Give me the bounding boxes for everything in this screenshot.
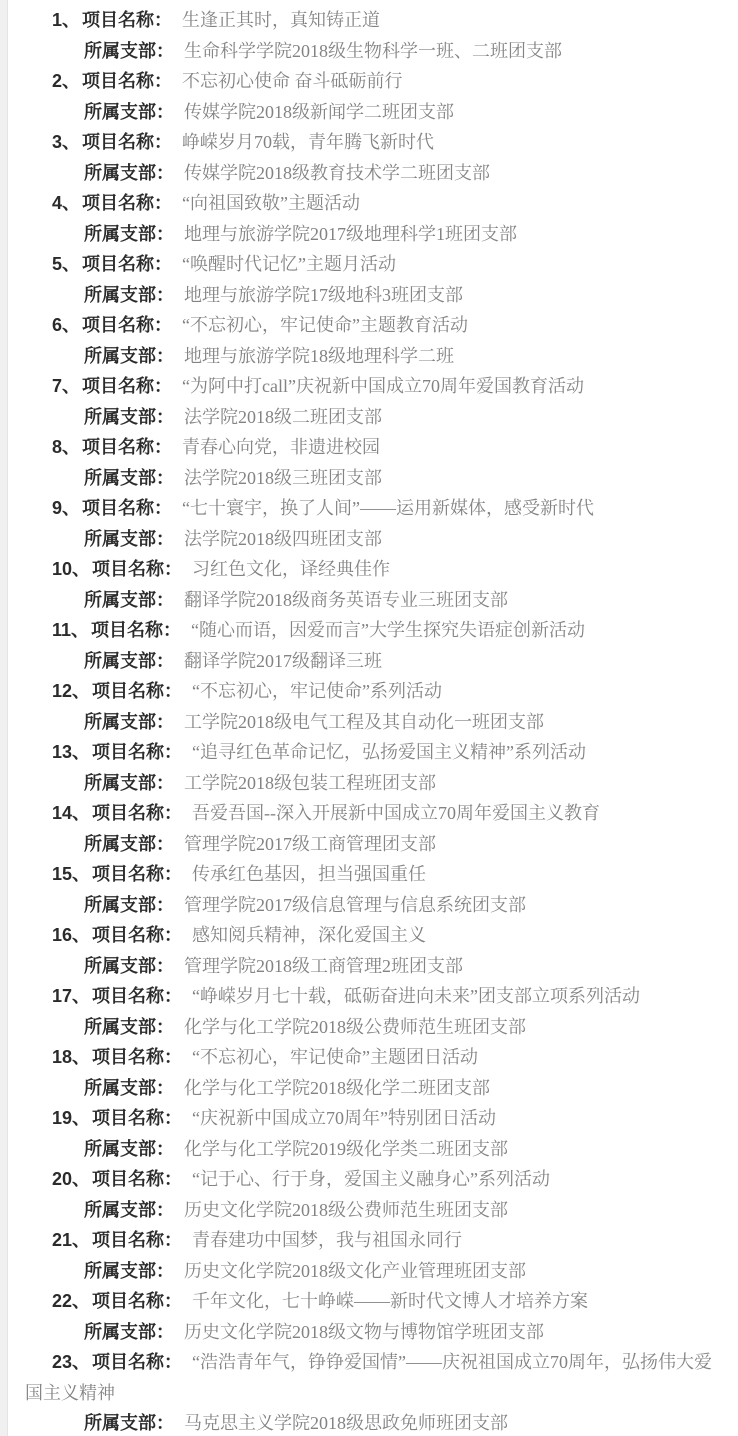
list-item: 10、项目名称：习红色文化，译经典佳作 所属支部：翻译学院2018级商务英语专业…: [25, 554, 722, 615]
branch-line: 所属支部：工学院2018级电气工程及其自动化一班团支部: [25, 707, 722, 738]
project-name-label: 项目名称：: [92, 1108, 182, 1128]
item-number: 20、: [52, 1169, 90, 1189]
project-name-line: 2、项目名称：不忘初心使命 奋斗砥砺前行: [25, 66, 722, 97]
project-name-label: 项目名称：: [92, 1230, 182, 1250]
branch-label: 所属支部：: [84, 1078, 174, 1098]
branch-label: 所属支部：: [84, 285, 174, 305]
list-item: 16、项目名称：感知阅兵精神，深化爱国主义 所属支部：管理学院2018级工商管理…: [25, 920, 722, 981]
project-name-label: 项目名称：: [82, 193, 172, 213]
project-name-line: 17、项目名称：“峥嵘岁月七十载，砥砺奋进向未来”团支部立项系列活动: [25, 981, 722, 1012]
branch-label: 所属支部：: [84, 590, 174, 610]
branch-line: 所属支部：法学院2018级四班团支部: [25, 524, 722, 555]
branch-line: 所属支部：工学院2018级包装工程班团支部: [25, 768, 722, 799]
project-name-value: “追寻红色革命记忆，弘扬爱国主义精神”系列活动: [192, 742, 586, 762]
branch-value: 法学院2018级三班团支部: [184, 468, 382, 488]
project-name-line: 4、项目名称：“向祖国致敬”主题活动: [25, 188, 722, 219]
item-number: 6、: [52, 315, 80, 335]
document-content: 1、项目名称：生逢正其时，真知铸正道 所属支部：生命科学学院2018级生物科学一…: [0, 0, 738, 1436]
item-number: 17、: [52, 986, 90, 1006]
branch-value: 法学院2018级四班团支部: [184, 529, 382, 549]
branch-value: 化学与化工学院2019级化学类二班团支部: [184, 1139, 508, 1159]
branch-label: 所属支部：: [84, 1413, 174, 1433]
project-name-label: 项目名称：: [92, 1047, 182, 1067]
project-name-label: 项目名称：: [92, 1291, 182, 1311]
branch-label: 所属支部：: [84, 651, 174, 671]
project-name-value: “峥嵘岁月七十载，砥砺奋进向未来”团支部立项系列活动: [192, 986, 640, 1006]
project-name-label: 项目名称：: [92, 1352, 182, 1372]
branch-label: 所属支部：: [84, 773, 174, 793]
branch-line: 所属支部：化学与化工学院2018级公费师范生班团支部: [25, 1012, 722, 1043]
branch-line: 所属支部：翻译学院2018级商务英语专业三班团支部: [25, 585, 722, 616]
branch-value: 历史文化学院2018级公费师范生班团支部: [184, 1200, 508, 1220]
branch-label: 所属支部：: [84, 1139, 174, 1159]
list-item: 2、项目名称：不忘初心使命 奋斗砥砺前行 所属支部：传媒学院2018级新闻学二班…: [25, 66, 722, 127]
project-name-line: 12、项目名称：“不忘初心，牢记使命”系列活动: [25, 676, 722, 707]
branch-label: 所属支部：: [84, 224, 174, 244]
branch-line: 所属支部：马克思主义学院2018级思政免师班团支部: [25, 1408, 722, 1436]
item-number: 22、: [52, 1291, 90, 1311]
project-name-line: 19、项目名称：“庆祝新中国成立70周年”特别团日活动: [25, 1103, 722, 1134]
branch-line: 所属支部：翻译学院2017级翻译三班: [25, 646, 722, 677]
project-name-value: “唤醒时代记忆”主题月活动: [182, 254, 396, 274]
project-name-value: 传承红色基因，担当强国重任: [192, 864, 426, 884]
branch-value: 法学院2018级二班团支部: [184, 407, 382, 427]
project-name-line: 16、项目名称：感知阅兵精神，深化爱国主义: [25, 920, 722, 951]
list-item: 19、项目名称：“庆祝新中国成立70周年”特别团日活动 所属支部：化学与化工学院…: [25, 1103, 722, 1164]
project-name-label: 项目名称：: [92, 681, 182, 701]
project-name-line: 20、项目名称：“记于心、行于身，爱国主义融身心”系列活动: [25, 1164, 722, 1195]
project-name-line: 11、项目名称：“随心而语，因爱而言”大学生探究失语症创新活动: [25, 615, 722, 646]
branch-label: 所属支部：: [84, 41, 174, 61]
project-name-label: 项目名称：: [92, 559, 182, 579]
project-name-value: “不忘初心，牢记使命”主题教育活动: [182, 315, 468, 335]
item-number: 3、: [52, 132, 80, 152]
item-number: 9、: [52, 498, 80, 518]
branch-value: 管理学院2017级信息管理与信息系统团支部: [184, 895, 526, 915]
project-name-line: 7、项目名称：“为阿中打call”庆祝新中国成立70周年爱国教育活动: [25, 371, 722, 402]
project-name-line: 3、项目名称：峥嵘岁月70载，青年腾飞新时代: [25, 127, 722, 158]
project-name-line: 5、项目名称：“唤醒时代记忆”主题月活动: [25, 249, 722, 280]
project-name-label: 项目名称：: [92, 925, 182, 945]
branch-label: 所属支部：: [84, 468, 174, 488]
branch-line: 所属支部：地理与旅游学院18级地理科学二班: [25, 341, 722, 372]
project-name-label: 项目名称：: [92, 803, 182, 823]
branch-line: 所属支部：历史文化学院2018级文物与博物馆学班团支部: [25, 1317, 722, 1348]
list-item: 20、项目名称：“记于心、行于身，爱国主义融身心”系列活动 所属支部：历史文化学…: [25, 1164, 722, 1225]
branch-value: 传媒学院2018级新闻学二班团支部: [184, 102, 454, 122]
branch-value: 化学与化工学院2018级公费师范生班团支部: [184, 1017, 526, 1037]
project-name-value: 习红色文化，译经典佳作: [192, 559, 390, 579]
branch-value: 历史文化学院2018级文物与博物馆学班团支部: [184, 1322, 544, 1342]
list-item: 15、项目名称：传承红色基因，担当强国重任 所属支部：管理学院2017级信息管理…: [25, 859, 722, 920]
project-name-value: “不忘初心，牢记使命”主题团日活动: [192, 1047, 478, 1067]
project-name-label: 项目名称：: [82, 437, 172, 457]
item-number: 12、: [52, 681, 90, 701]
project-name-label: 项目名称：: [82, 132, 172, 152]
project-name-value: 吾爱吾国--深入开展新中国成立70周年爱国主义教育: [192, 803, 600, 823]
branch-label: 所属支部：: [84, 407, 174, 427]
branch-value: 管理学院2017级工商管理团支部: [184, 834, 436, 854]
branch-line: 所属支部：传媒学院2018级新闻学二班团支部: [25, 97, 722, 128]
branch-label: 所属支部：: [84, 1322, 174, 1342]
project-name-line: 23、项目名称：“浩浩青年气，铮铮爱国情”——庆祝祖国成立70周年，弘扬伟大爱国…: [25, 1347, 722, 1408]
branch-value: 传媒学院2018级教育技术学二班团支部: [184, 163, 490, 183]
project-name-line: 15、项目名称：传承红色基因，担当强国重任: [25, 859, 722, 890]
list-item: 5、项目名称：“唤醒时代记忆”主题月活动 所属支部：地理与旅游学院17级地科3班…: [25, 249, 722, 310]
project-list: 1、项目名称：生逢正其时，真知铸正道 所属支部：生命科学学院2018级生物科学一…: [25, 5, 722, 1436]
project-name-line: 14、项目名称：吾爱吾国--深入开展新中国成立70周年爱国主义教育: [25, 798, 722, 829]
project-name-line: 8、项目名称：青春心向党，非遗进校园: [25, 432, 722, 463]
project-name-label: 项目名称：: [92, 986, 182, 1006]
branch-line: 所属支部：法学院2018级二班团支部: [25, 402, 722, 433]
branch-label: 所属支部：: [84, 1017, 174, 1037]
branch-value: 马克思主义学院2018级思政免师班团支部: [184, 1413, 508, 1433]
list-item: 23、项目名称：“浩浩青年气，铮铮爱国情”——庆祝祖国成立70周年，弘扬伟大爱国…: [25, 1347, 722, 1436]
project-name-label: 项目名称：: [82, 376, 172, 396]
item-number: 8、: [52, 437, 80, 457]
branch-line: 所属支部：地理与旅游学院2017级地理科学1班团支部: [25, 219, 722, 250]
project-name-value: “随心而语，因爱而言”大学生探究失语症创新活动: [191, 620, 585, 640]
project-name-line: 18、项目名称：“不忘初心，牢记使命”主题团日活动: [25, 1042, 722, 1073]
project-name-line: 1、项目名称：生逢正其时，真知铸正道: [25, 5, 722, 36]
item-number: 13、: [52, 742, 90, 762]
list-item: 21、项目名称：青春建功中国梦，我与祖国永同行 所属支部：历史文化学院2018级…: [25, 1225, 722, 1286]
item-number: 11、: [52, 620, 89, 640]
branch-line: 所属支部：地理与旅游学院17级地科3班团支部: [25, 280, 722, 311]
branch-value: 地理与旅游学院17级地科3班团支部: [184, 285, 463, 305]
item-number: 16、: [52, 925, 90, 945]
item-number: 1、: [52, 10, 80, 30]
branch-label: 所属支部：: [84, 1200, 174, 1220]
project-name-value: 生逢正其时，真知铸正道: [182, 10, 380, 30]
branch-line: 所属支部：传媒学院2018级教育技术学二班团支部: [25, 158, 722, 189]
branch-line: 所属支部：管理学院2018级工商管理2班团支部: [25, 951, 722, 982]
project-name-label: 项目名称：: [92, 742, 182, 762]
branch-label: 所属支部：: [84, 346, 174, 366]
branch-value: 翻译学院2017级翻译三班: [184, 651, 382, 671]
list-item: 1、项目名称：生逢正其时，真知铸正道 所属支部：生命科学学院2018级生物科学一…: [25, 5, 722, 66]
list-item: 8、项目名称：青春心向党，非遗进校园 所属支部：法学院2018级三班团支部: [25, 432, 722, 493]
list-item: 14、项目名称：吾爱吾国--深入开展新中国成立70周年爱国主义教育 所属支部：管…: [25, 798, 722, 859]
list-item: 3、项目名称：峥嵘岁月70载，青年腾飞新时代 所属支部：传媒学院2018级教育技…: [25, 127, 722, 188]
project-name-label: 项目名称：: [82, 71, 172, 91]
project-name-value: “不忘初心，牢记使命”系列活动: [192, 681, 442, 701]
branch-line: 所属支部：化学与化工学院2019级化学类二班团支部: [25, 1134, 722, 1165]
item-number: 15、: [52, 864, 90, 884]
list-item: 12、项目名称：“不忘初心，牢记使命”系列活动 所属支部：工学院2018级电气工…: [25, 676, 722, 737]
list-item: 9、项目名称：“七十寰宇，换了人间”——运用新媒体，感受新时代 所属支部：法学院…: [25, 493, 722, 554]
branch-value: 工学院2018级电气工程及其自动化一班团支部: [184, 712, 544, 732]
project-name-value: “记于心、行于身，爱国主义融身心”系列活动: [192, 1169, 550, 1189]
item-number: 10、: [52, 559, 90, 579]
project-name-value: 感知阅兵精神，深化爱国主义: [192, 925, 426, 945]
project-name-label: 项目名称：: [82, 498, 172, 518]
document-page: { "colors": { "label": "#2b2b2b", "value…: [0, 0, 738, 1436]
project-name-label: 项目名称：: [91, 620, 181, 640]
list-item: 22、项目名称：千年文化，七十峥嵘——新时代文博人才培养方案 所属支部：历史文化…: [25, 1286, 722, 1347]
branch-line: 所属支部：管理学院2017级信息管理与信息系统团支部: [25, 890, 722, 921]
item-number: 7、: [52, 376, 80, 396]
item-number: 18、: [52, 1047, 90, 1067]
project-name-line: 6、项目名称：“不忘初心，牢记使命”主题教育活动: [25, 310, 722, 341]
item-number: 5、: [52, 254, 80, 274]
branch-line: 所属支部：生命科学学院2018级生物科学一班、二班团支部: [25, 36, 722, 67]
branch-label: 所属支部：: [84, 834, 174, 854]
item-number: 14、: [52, 803, 90, 823]
project-name-line: 9、项目名称：“七十寰宇，换了人间”——运用新媒体，感受新时代: [25, 493, 722, 524]
branch-label: 所属支部：: [84, 895, 174, 915]
project-name-label: 项目名称：: [82, 10, 172, 30]
project-name-line: 13、项目名称：“追寻红色革命记忆，弘扬爱国主义精神”系列活动: [25, 737, 722, 768]
branch-line: 所属支部：历史文化学院2018级文化产业管理班团支部: [25, 1256, 722, 1287]
branch-value: 地理与旅游学院2017级地理科学1班团支部: [184, 224, 517, 244]
project-name-value: “七十寰宇，换了人间”——运用新媒体，感受新时代: [182, 498, 594, 518]
project-name-value: “庆祝新中国成立70周年”特别团日活动: [192, 1108, 496, 1128]
project-name-line: 22、项目名称：千年文化，七十峥嵘——新时代文博人才培养方案: [25, 1286, 722, 1317]
list-item: 13、项目名称：“追寻红色革命记忆，弘扬爱国主义精神”系列活动 所属支部：工学院…: [25, 737, 722, 798]
branch-value: 地理与旅游学院18级地理科学二班: [184, 346, 454, 366]
project-name-value: “向祖国致敬”主题活动: [182, 193, 360, 213]
branch-label: 所属支部：: [84, 529, 174, 549]
branch-value: 生命科学学院2018级生物科学一班、二班团支部: [184, 41, 562, 61]
project-name-value: 不忘初心使命 奋斗砥砺前行: [182, 71, 403, 91]
project-name-line: 21、项目名称：青春建功中国梦，我与祖国永同行: [25, 1225, 722, 1256]
list-item: 7、项目名称：“为阿中打call”庆祝新中国成立70周年爱国教育活动 所属支部：…: [25, 371, 722, 432]
branch-value: 化学与化工学院2018级化学二班团支部: [184, 1078, 490, 1098]
branch-label: 所属支部：: [84, 102, 174, 122]
project-name-value: 峥嵘岁月70载，青年腾飞新时代: [182, 132, 434, 152]
project-name-label: 项目名称：: [82, 315, 172, 335]
list-item: 11、项目名称：“随心而语，因爱而言”大学生探究失语症创新活动 所属支部：翻译学…: [25, 615, 722, 676]
project-name-label: 项目名称：: [92, 864, 182, 884]
branch-line: 所属支部：化学与化工学院2018级化学二班团支部: [25, 1073, 722, 1104]
list-item: 17、项目名称：“峥嵘岁月七十载，砥砺奋进向未来”团支部立项系列活动 所属支部：…: [25, 981, 722, 1042]
branch-line: 所属支部：管理学院2017级工商管理团支部: [25, 829, 722, 860]
project-name-value: 千年文化，七十峥嵘——新时代文博人才培养方案: [192, 1291, 588, 1311]
project-name-value: 青春心向党，非遗进校园: [182, 437, 380, 457]
list-item: 4、项目名称：“向祖国致敬”主题活动 所属支部：地理与旅游学院2017级地理科学…: [25, 188, 722, 249]
item-number: 19、: [52, 1108, 90, 1128]
branch-label: 所属支部：: [84, 163, 174, 183]
list-item: 18、项目名称：“不忘初心，牢记使命”主题团日活动 所属支部：化学与化工学院20…: [25, 1042, 722, 1103]
branch-label: 所属支部：: [84, 1261, 174, 1281]
branch-label: 所属支部：: [84, 956, 174, 976]
project-name-value: “为阿中打call”庆祝新中国成立70周年爱国教育活动: [182, 376, 584, 396]
branch-value: 管理学院2018级工商管理2班团支部: [184, 956, 463, 976]
item-number: 2、: [52, 71, 80, 91]
branch-value: 翻译学院2018级商务英语专业三班团支部: [184, 590, 508, 610]
project-name-label: 项目名称：: [92, 1169, 182, 1189]
branch-line: 所属支部：法学院2018级三班团支部: [25, 463, 722, 494]
item-number: 23、: [52, 1352, 90, 1372]
project-name-value: 青春建功中国梦，我与祖国永同行: [192, 1230, 462, 1250]
branch-value: 工学院2018级包装工程班团支部: [184, 773, 436, 793]
project-name-label: 项目名称：: [82, 254, 172, 274]
project-name-line: 10、项目名称：习红色文化，译经典佳作: [25, 554, 722, 585]
branch-label: 所属支部：: [84, 712, 174, 732]
item-number: 21、: [52, 1230, 90, 1250]
branch-value: 历史文化学院2018级文化产业管理班团支部: [184, 1261, 526, 1281]
list-item: 6、项目名称：“不忘初心，牢记使命”主题教育活动 所属支部：地理与旅游学院18级…: [25, 310, 722, 371]
branch-line: 所属支部：历史文化学院2018级公费师范生班团支部: [25, 1195, 722, 1226]
item-number: 4、: [52, 193, 80, 213]
